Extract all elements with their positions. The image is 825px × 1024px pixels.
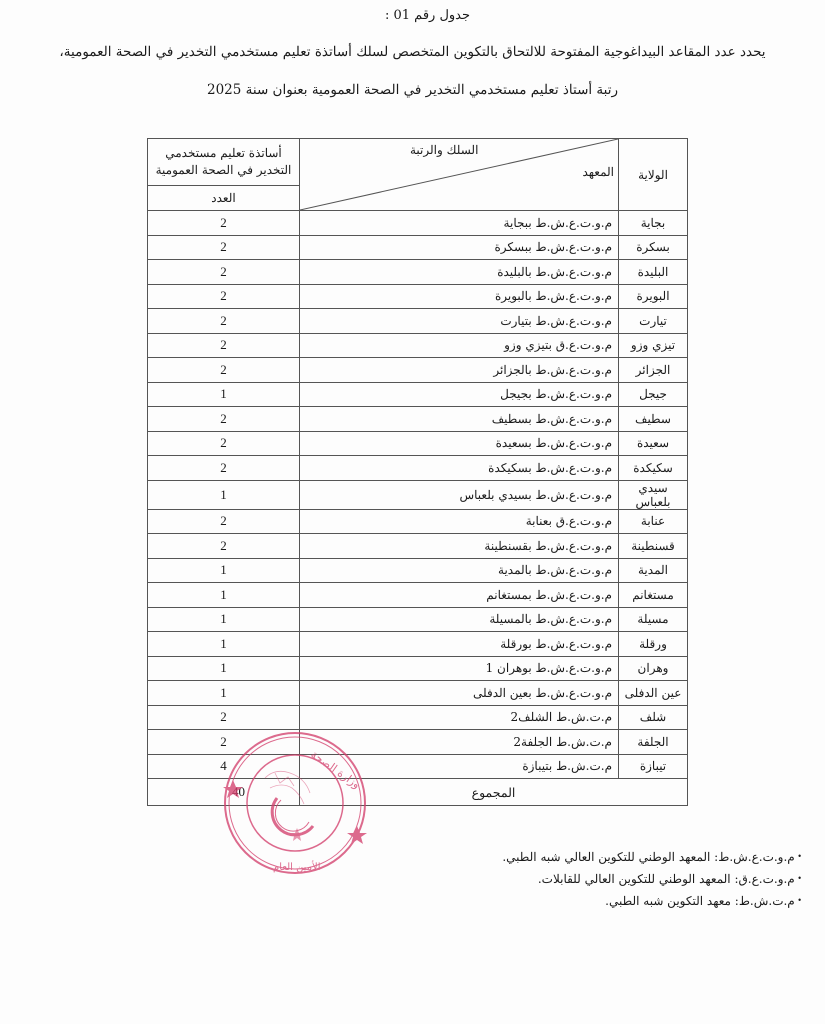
wilaya-cell: مسيلة	[619, 607, 688, 632]
table-row: سكيكدةم.و.ت.ع.ش.ط بسكيكدة2	[148, 456, 688, 481]
count-cell: 1	[148, 480, 300, 509]
wilaya-cell: سعيدة	[619, 431, 688, 456]
table-row: تيارتم.و.ت.ع.ش.ط بتيارت2	[148, 309, 688, 334]
table-row: بسكرةم.و.ت.ع.ش.ط ببسكرة2	[148, 235, 688, 260]
table-row: مسيلةم.و.ت.ع.ش.ط بالمسيلة1	[148, 607, 688, 632]
total-row: المجموع 40	[148, 779, 688, 806]
wilaya-cell: تيارت	[619, 309, 688, 334]
count-cell: 2	[148, 333, 300, 358]
table-row: بجايةم.و.ت.ع.ش.ط ببجاية2	[148, 211, 688, 236]
wilaya-cell: البليدة	[619, 260, 688, 285]
note-item: م.و.ت.ع.ش.ط: المعهد الوطني للتكوين العال…	[420, 846, 802, 868]
institute-cell: م.ت.ش.ط بتيبازة	[300, 754, 619, 779]
institute-cell: م.و.ت.ع.ش.ط بسيدي بلعباس	[300, 480, 619, 509]
institute-cell: م.و.ت.ع.ش.ط بعين الدفلى	[300, 681, 619, 706]
institute-cell: م.و.ت.ع.ش.ط بتيارت	[300, 309, 619, 334]
institute-cell: م.و.ت.ع.ش.ط بالجزائر	[300, 358, 619, 383]
count-cell: 2	[148, 456, 300, 481]
wilaya-cell: شلف	[619, 705, 688, 730]
count-cell: 4	[148, 754, 300, 779]
institute-cell: م.و.ت.ع.ش.ط بجيجل	[300, 382, 619, 407]
count-cell: 2	[148, 260, 300, 285]
count-cell: 2	[148, 705, 300, 730]
institute-cell: م.ت.ش.ط الشلف2	[300, 705, 619, 730]
count-cell: 2	[148, 431, 300, 456]
wilaya-cell: سطيف	[619, 407, 688, 432]
table-row: تيبازةم.ت.ش.ط بتيبازة4	[148, 754, 688, 779]
count-cell: 1	[148, 558, 300, 583]
wilaya-cell: سيدي بلعباس	[619, 480, 688, 509]
wilaya-cell: تيبازة	[619, 754, 688, 779]
wilaya-cell: ورقلة	[619, 632, 688, 657]
wilaya-cell: قسنطينة	[619, 534, 688, 559]
table-number: جدول رقم 01 :	[0, 8, 825, 23]
count-cell: 1	[148, 632, 300, 657]
header-corps-grade: السلك والرتبة	[410, 143, 478, 157]
count-cell: 1	[148, 681, 300, 706]
institute-cell: م.و.ت.ع.ش.ط بورقلة	[300, 632, 619, 657]
wilaya-cell: مستغانم	[619, 583, 688, 608]
count-cell: 1	[148, 607, 300, 632]
header-count: العدد	[148, 186, 300, 211]
wilaya-cell: الجزائر	[619, 358, 688, 383]
wilaya-cell: بسكرة	[619, 235, 688, 260]
count-cell: 2	[148, 730, 300, 755]
institute-cell: م.و.ت.ع.ش.ط ببسكرة	[300, 235, 619, 260]
count-cell: 2	[148, 235, 300, 260]
stamp-text-bottom: الأمين العام	[273, 861, 321, 873]
table-row: شلفم.ت.ش.ط الشلف22	[148, 705, 688, 730]
institute-cell: م.و.ت.ع.ش.ط بسطيف	[300, 407, 619, 432]
seats-table: الولاية السلك والرتبة المعهد أساتذة تعلي…	[147, 138, 688, 806]
abbreviation-notes: م.و.ت.ع.ش.ط: المعهد الوطني للتكوين العال…	[420, 846, 802, 912]
count-cell: 2	[148, 309, 300, 334]
header-wilaya: الولاية	[619, 139, 688, 211]
table-row: سعيدةم.و.ت.ع.ش.ط بسعيدة2	[148, 431, 688, 456]
header-corps-institute: السلك والرتبة المعهد	[300, 139, 619, 211]
table-row: الجزائرم.و.ت.ع.ش.ط بالجزائر2	[148, 358, 688, 383]
wilaya-cell: عين الدفلى	[619, 681, 688, 706]
count-cell: 2	[148, 211, 300, 236]
table-row: جيجلم.و.ت.ع.ش.ط بجيجل1	[148, 382, 688, 407]
count-cell: 2	[148, 534, 300, 559]
wilaya-cell: وهران	[619, 656, 688, 681]
count-cell: 2	[148, 407, 300, 432]
institute-cell: م.و.ت.ع.ش.ط بالبليدة	[300, 260, 619, 285]
total-label: المجموع	[300, 779, 688, 806]
wilaya-cell: البويرة	[619, 284, 688, 309]
table-row: قسنطينةم.و.ت.ع.ش.ط بقسنطينة2	[148, 534, 688, 559]
wilaya-cell: الجلفة	[619, 730, 688, 755]
institute-cell: م.و.ت.ع.ش.ط بوهران 1	[300, 656, 619, 681]
institute-cell: م.و.ت.ع.ش.ط بالبويرة	[300, 284, 619, 309]
wilaya-cell: جيجل	[619, 382, 688, 407]
table-row: عين الدفلىم.و.ت.ع.ش.ط بعين الدفلى1	[148, 681, 688, 706]
institute-cell: م.و.ت.ع.ق بتيزي وزو	[300, 333, 619, 358]
total-value: 40	[148, 779, 300, 806]
table-row: ورقلةم.و.ت.ع.ش.ط بورقلة1	[148, 632, 688, 657]
count-cell: 1	[148, 583, 300, 608]
table-row: عنابةم.و.ت.ع.ق بعنابة2	[148, 509, 688, 534]
institute-cell: م.و.ت.ع.ش.ط بسعيدة	[300, 431, 619, 456]
note-item: م.و.ت.ع.ق: المعهد الوطني للتكوين العالي …	[420, 868, 802, 890]
institute-cell: م.و.ت.ع.ش.ط بالمسيلة	[300, 607, 619, 632]
header-institute: المعهد	[582, 165, 614, 179]
table-row: الجلفةم.ت.ش.ط الجلفة22	[148, 730, 688, 755]
count-cell: 1	[148, 656, 300, 681]
table-row: تيزي وزوم.و.ت.ع.ق بتيزي وزو2	[148, 333, 688, 358]
institute-cell: م.و.ت.ع.ش.ط بسكيكدة	[300, 456, 619, 481]
wilaya-cell: تيزي وزو	[619, 333, 688, 358]
count-cell: 2	[148, 509, 300, 534]
count-cell: 2	[148, 358, 300, 383]
institute-cell: م.ت.ش.ط الجلفة2	[300, 730, 619, 755]
table-row: البليدةم.و.ت.ع.ش.ط بالبليدة2	[148, 260, 688, 285]
table-row: سيدي بلعباسم.و.ت.ع.ش.ط بسيدي بلعباس1	[148, 480, 688, 509]
institute-cell: م.و.ت.ع.ش.ط بالمدية	[300, 558, 619, 583]
institute-cell: م.و.ت.ع.ش.ط ببجاية	[300, 211, 619, 236]
table-row: مستغانمم.و.ت.ع.ش.ط بمستغانم1	[148, 583, 688, 608]
wilaya-cell: سكيكدة	[619, 456, 688, 481]
count-cell: 2	[148, 284, 300, 309]
wilaya-cell: بجاية	[619, 211, 688, 236]
table-row: المديةم.و.ت.ع.ش.ط بالمدية1	[148, 558, 688, 583]
table-row: سطيفم.و.ت.ع.ش.ط بسطيف2	[148, 407, 688, 432]
note-item: م.ت.ش.ط: معهد التكوين شبه الطبي.	[420, 890, 802, 912]
heading-line-2: رتبة أستاذ تعليم مستخدمي التخدير في الصح…	[0, 82, 825, 98]
institute-cell: م.و.ت.ع.ش.ط بمستغانم	[300, 583, 619, 608]
count-cell: 1	[148, 382, 300, 407]
document-page: جدول رقم 01 : يحدد عدد المقاعد البيداغوج…	[0, 0, 825, 1024]
heading-line-1: يحدد عدد المقاعد البيداغوجية المفتوحة لل…	[0, 44, 825, 60]
wilaya-cell: عنابة	[619, 509, 688, 534]
table-row: وهرانم.و.ت.ع.ش.ط بوهران 11	[148, 656, 688, 681]
institute-cell: م.و.ت.ع.ش.ط بقسنطينة	[300, 534, 619, 559]
institute-cell: م.و.ت.ع.ق بعنابة	[300, 509, 619, 534]
wilaya-cell: المدية	[619, 558, 688, 583]
table-row: البويرةم.و.ت.ع.ش.ط بالبويرة2	[148, 284, 688, 309]
header-corps-name: أساتذة تعليم مستخدمي التخدير في الصحة ال…	[148, 139, 300, 186]
